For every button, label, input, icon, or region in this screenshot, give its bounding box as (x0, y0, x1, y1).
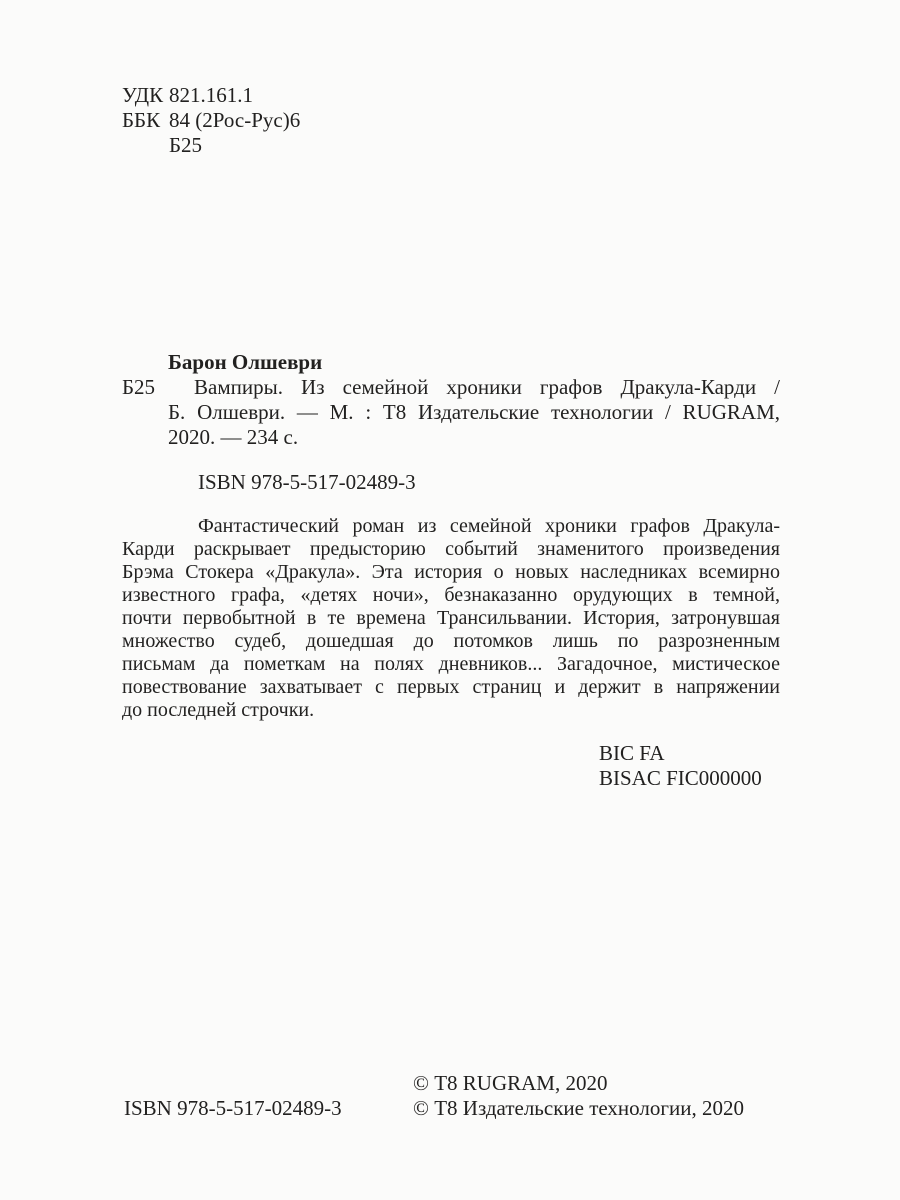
copyright-rugram: © Т8 RUGRAM, 2020 (413, 1071, 744, 1096)
annotation-line: почти первобытной в те времена Трансильв… (122, 607, 780, 630)
catalog-card-body: Б25 Вампиры. Из семейной хроники графов … (122, 375, 780, 450)
classification-block: BIC FA BISAC FIC000000 (599, 741, 762, 791)
annotation-line: до последней строчки. (122, 699, 780, 722)
book-imprint-page: УДК821.161.1 ББК84 (2Рос-Рус)6 Б25 Барон… (0, 0, 900, 1200)
annotation-line: Фантастический роман из семейной хроники… (122, 515, 780, 538)
annotation-paragraph: Фантастический роман из семейной хроники… (122, 515, 780, 722)
catalog-card-block: Барон Олшеври Б25 Вампиры. Из семейной х… (122, 350, 780, 450)
author-code-value: Б25 (169, 133, 202, 157)
annotation-line: множество судеб, дошедшая до потомков ли… (122, 630, 780, 653)
annotation-line: известного графа, «детях ночи», безнаказ… (122, 584, 780, 607)
annotation-line: повествование захватывает с первых стран… (122, 676, 780, 699)
bbk-label: ББК (122, 108, 169, 133)
udk-value: 821.161.1 (169, 83, 253, 107)
footer-isbn: ISBN 978-5-517-02489-3 (124, 1096, 342, 1121)
isbn-line: ISBN 978-5-517-02489-3 (198, 470, 416, 495)
classification-codes-block: УДК821.161.1 ББК84 (2Рос-Рус)6 Б25 (122, 83, 300, 158)
author-code-line: Б25 (122, 133, 300, 158)
annotation-line: Карди раскрывает предысторию событий зна… (122, 538, 780, 561)
catalog-card-code: Б25 (122, 375, 155, 400)
annotation-line: Брэма Стокера «Дракула». Эта история о н… (122, 561, 780, 584)
catalog-card-line: 2020. — 234 с. (168, 425, 780, 450)
bbk-line: ББК84 (2Рос-Рус)6 (122, 108, 300, 133)
catalog-card-line: Вампиры. Из семейной хроники графов Драк… (168, 375, 780, 400)
catalog-card-description: Вампиры. Из семейной хроники графов Драк… (168, 375, 780, 450)
annotation-line: письмам да пометкам на полях дневников..… (122, 653, 780, 676)
bbk-value: 84 (2Рос-Рус)6 (169, 108, 300, 132)
copyright-t8: © Т8 Издательские технологии, 2020 (413, 1096, 744, 1121)
udk-line: УДК821.161.1 (122, 83, 300, 108)
udk-label: УДК (122, 83, 169, 108)
bisac-code: BISAC FIC000000 (599, 766, 762, 791)
footer-copyrights-block: © Т8 RUGRAM, 2020 © Т8 Издательские техн… (413, 1071, 744, 1121)
bic-code: BIC FA (599, 741, 762, 766)
author-name: Барон Олшеври (168, 350, 780, 375)
catalog-card-line: Б. Олшеври. — М. : Т8 Издательские техно… (168, 400, 780, 425)
